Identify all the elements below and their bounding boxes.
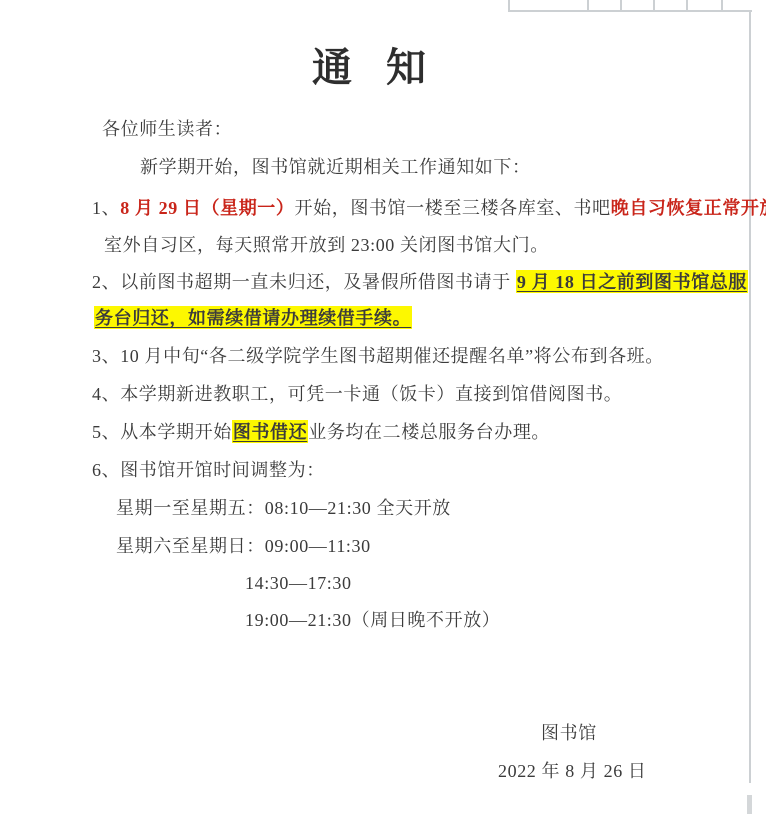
notice-item-1-line2: 室外自习区，每天照常开放到 23:00 关闭图书馆大门。 [104, 233, 549, 257]
notice-document-page: 通 知 各位师生读者： 新学期开始，图书馆就近期相关工作通知如下： 1、8 月 … [0, 0, 766, 814]
item-2-highlight-1: 9 月 18 日之前到图书馆总服 [516, 270, 748, 293]
intro-line: 新学期开始，图书馆就近期相关工作通知如下： [140, 155, 531, 179]
item-5-highlight: 图书借还 [232, 420, 308, 443]
item-5-tail: 业务均在二楼总服务台办理。 [308, 422, 550, 442]
item-1-number: 1、 [92, 198, 120, 218]
notice-item-3: 3、10 月中旬“各二级学院学生图书超期催还提醒名单”将公布到各班。 [92, 344, 664, 368]
schedule-weekend-line-2: 14:30—17:30 [245, 571, 352, 595]
notice-item-2: 2、以前图书超期一直未归还，及暑假所借图书请于 9 月 18 日之前到图书馆总服 [92, 270, 748, 294]
item-2-highlight-2: 务台归还，如需续借请办理续借手续。 [94, 306, 412, 329]
page-edge-stub [747, 795, 752, 814]
signature: 图书馆 [541, 721, 597, 745]
schedule-weekend-line-3: 19:00—21:30（周日晚不开放） [245, 608, 500, 632]
doc-title: 通 知 [0, 36, 750, 93]
item-1-middle: 开始，图书馆一楼至三楼各库室、书吧 [295, 198, 611, 218]
notice-item-2-line2: 务台归还，如需续借请办理续借手续。 [94, 306, 412, 330]
notice-item-1: 1、8 月 29 日（星期一）开始，图书馆一楼至三楼各库室、书吧晚自习恢复正常开… [92, 196, 766, 220]
item-5-lead: 5、从本学期开始 [92, 422, 232, 442]
greeting-line: 各位师生读者： [102, 117, 232, 141]
notice-item-5: 5、从本学期开始图书借还业务均在二楼总服务台办理。 [92, 420, 550, 444]
item-1-date-red: 8 月 29 日（星期一） [120, 198, 294, 218]
schedule-weekday-line: 星期一至星期五：08:10—21:30 全天开放 [116, 496, 451, 520]
notice-item-6: 6、图书馆开馆时间调整为： [92, 458, 325, 482]
signature-date: 2022 年 8 月 26 日 [498, 759, 647, 783]
item-2-lead: 2、以前图书超期一直未归还，及暑假所借图书请于 [92, 272, 516, 292]
notice-item-4: 4、本学期新进教职工，可凭一卡通（饭卡）直接到馆借阅图书。 [92, 382, 622, 406]
page-right-edge [749, 11, 751, 783]
item-1-tail-red: 晚自习恢复正常开放。 [611, 198, 766, 218]
grid-bottom-border [508, 10, 752, 12]
schedule-weekend-line-1: 星期六至星期日：09:00—11:30 [116, 534, 371, 558]
